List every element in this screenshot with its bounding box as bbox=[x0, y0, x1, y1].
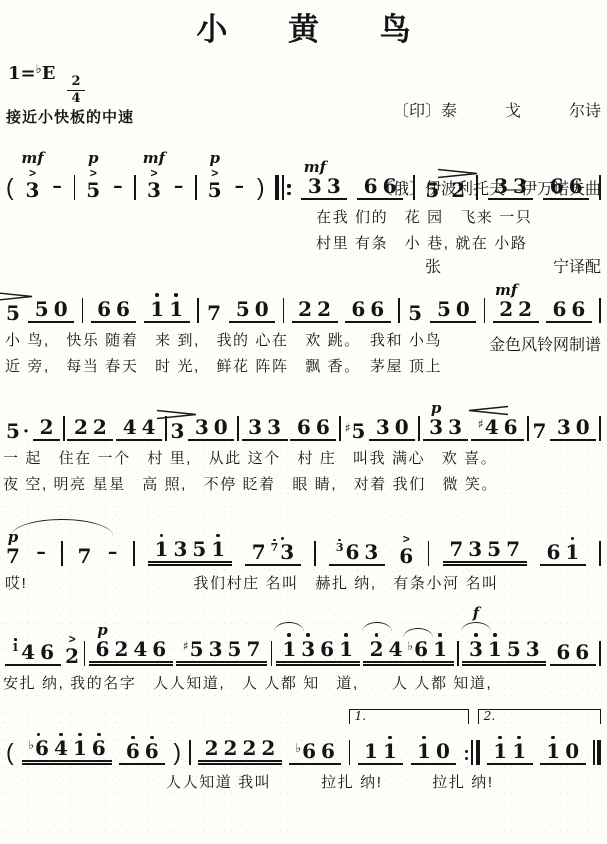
note-body: 2 bbox=[451, 180, 465, 200]
sharp-icon: ♯ bbox=[478, 417, 484, 431]
barline bbox=[74, 175, 76, 200]
music-system: (♭641666)2222♭6611101110人人知道 我叫 拉扎 纳! 拉扎… bbox=[3, 706, 604, 795]
volta-bracket-1: 1. bbox=[349, 709, 469, 724]
note: 5 bbox=[35, 299, 49, 319]
note: ♯5 bbox=[183, 639, 204, 659]
barline bbox=[133, 541, 135, 566]
lyrics-line: 近 旁, 每当 春天 时 光, 鲜花 阵阵 飘 香。 茅屋 顶上 bbox=[3, 356, 604, 378]
note: 3 bbox=[526, 639, 540, 659]
note: 6 bbox=[126, 736, 140, 762]
note: 1 bbox=[512, 736, 526, 762]
note-annotations bbox=[362, 622, 392, 632]
sixteenth-beam-group: 7357 bbox=[443, 539, 527, 566]
rest-digit: 0 bbox=[54, 299, 68, 319]
flat-icon: ♭ bbox=[408, 639, 414, 653]
note-annotations: p bbox=[8, 530, 19, 545]
note: ♭6 bbox=[28, 733, 49, 759]
note-body: 2 bbox=[317, 299, 331, 319]
note: 7 bbox=[449, 539, 463, 559]
note-body: ♭6 bbox=[28, 738, 49, 758]
eighth-beam-group: mf33 bbox=[301, 176, 347, 200]
note: 3 bbox=[494, 176, 508, 196]
eighth-beam-group: 11 bbox=[144, 293, 190, 323]
note-body: 3 bbox=[557, 417, 571, 437]
note: 6 bbox=[97, 299, 111, 319]
eighth-beam-group: 50 bbox=[229, 299, 275, 323]
header: 小 黄 鸟 〔印〕泰 戈 尔诗 〔俄〕伊波利托夫—伊万诺夫曲 张 宁译配 金色风… bbox=[0, 0, 607, 148]
notes-row: 5·222443303366♯530p33♯46730 bbox=[3, 389, 604, 444]
note-body: 3 bbox=[147, 180, 161, 200]
note: 1 bbox=[339, 633, 353, 659]
note-body: 6 bbox=[40, 642, 54, 662]
note-digit: 5 bbox=[228, 639, 242, 659]
note-digit: 1 bbox=[169, 299, 183, 319]
eighth-beam-group: ♭66 bbox=[289, 741, 342, 765]
eighth-beam-group: 50 bbox=[28, 299, 74, 323]
lyrics-line: 人人知道 我叫 拉扎 纳! 拉扎 纳! bbox=[3, 772, 604, 794]
note: 6 bbox=[504, 417, 518, 437]
note-digit: 7 bbox=[246, 639, 260, 659]
eighth-beam-group: 30 bbox=[188, 417, 234, 441]
note-digit: 6 bbox=[370, 299, 384, 319]
note: 5 bbox=[507, 639, 521, 659]
note-body: 1 bbox=[169, 299, 183, 319]
note-body: 6 bbox=[399, 546, 413, 566]
note-body: 5 bbox=[507, 639, 521, 659]
note: 7 bbox=[252, 542, 266, 562]
note: 6 bbox=[552, 299, 566, 319]
dynamic-mark: mf bbox=[143, 151, 165, 166]
note-digit: 5 bbox=[6, 303, 20, 323]
sixteenth-beam-group: ♭6416 bbox=[22, 733, 112, 766]
note-annotations bbox=[467, 405, 509, 416]
note: mf3 bbox=[308, 176, 322, 196]
note-body: 1 bbox=[282, 639, 296, 659]
note-body: 2 bbox=[74, 417, 88, 437]
note-digit: 2 bbox=[242, 738, 256, 758]
eighth-beam-group: 66 bbox=[550, 642, 596, 666]
note-body: 6 bbox=[321, 741, 335, 761]
note: 0 bbox=[576, 417, 590, 437]
note: p>5 bbox=[86, 180, 100, 200]
note-body: 2 bbox=[40, 417, 54, 437]
note: 3 bbox=[301, 633, 315, 659]
note: 5 bbox=[236, 299, 250, 319]
note-digit: 2 bbox=[298, 299, 312, 319]
note-body: 2 bbox=[518, 299, 532, 319]
note-body: 6 bbox=[297, 417, 311, 437]
note-digit: 5 bbox=[192, 539, 206, 559]
note: 6 bbox=[546, 542, 560, 562]
dynamic-mark: p bbox=[431, 401, 442, 416]
eighth-beam-group: p33 bbox=[423, 417, 469, 441]
note-digit: 6 bbox=[35, 738, 49, 758]
duration-dash: – bbox=[52, 177, 62, 196]
accent-mark: > bbox=[150, 167, 157, 179]
note-body: 0 bbox=[214, 417, 228, 437]
note-digit: 3 bbox=[308, 176, 322, 196]
flat-icon: ♭ bbox=[28, 738, 34, 752]
barline bbox=[428, 541, 430, 566]
note: 2 bbox=[451, 180, 465, 200]
rest-digit: 0 bbox=[576, 417, 590, 437]
note-body: ♯5 bbox=[183, 639, 204, 659]
note: 0 bbox=[456, 299, 470, 319]
note-annotations: > bbox=[403, 533, 410, 545]
repeat-dots bbox=[287, 184, 290, 195]
note-body: 1 bbox=[150, 299, 164, 319]
note: 2 bbox=[370, 633, 384, 659]
note-body: 5 bbox=[208, 180, 222, 200]
note: 6 bbox=[550, 176, 564, 196]
note-digit: 2 bbox=[93, 417, 107, 437]
song-title: 小 黄 鸟 bbox=[0, 4, 607, 49]
dynamic-mark: p bbox=[209, 151, 220, 166]
note: 14 bbox=[12, 642, 36, 662]
eighth-beam-group: 66 bbox=[91, 299, 137, 323]
note-digit: 3 bbox=[26, 180, 40, 200]
note-body: 7 bbox=[533, 421, 547, 441]
note: 0 bbox=[214, 417, 228, 437]
note: 4 bbox=[133, 639, 147, 659]
note-body: 3 bbox=[468, 539, 482, 559]
note-body: 5 bbox=[35, 299, 49, 319]
note-digit: 3 bbox=[429, 417, 443, 437]
barline bbox=[484, 298, 486, 323]
note: 1 bbox=[433, 633, 447, 659]
eighth-beam-group: 146 bbox=[5, 642, 61, 666]
note-body: 0 bbox=[395, 417, 409, 437]
dynamic-mark: p bbox=[97, 623, 108, 638]
eighth-beam-group: 66 bbox=[357, 176, 403, 200]
note-digit: 6 bbox=[40, 642, 54, 662]
close-parenthesis: ) bbox=[173, 741, 181, 764]
note: 3 bbox=[364, 542, 378, 562]
note-digit: 1 bbox=[512, 741, 526, 761]
open-parenthesis: ( bbox=[6, 176, 14, 199]
note-digit: 1 bbox=[433, 639, 447, 659]
note-body: 6 bbox=[552, 299, 566, 319]
note-digit: 6 bbox=[552, 299, 566, 319]
note-digit: 2 bbox=[65, 646, 79, 666]
note-digit: 2 bbox=[370, 639, 384, 659]
grace-digit: 3 bbox=[336, 542, 344, 553]
note-body: 5 bbox=[487, 539, 501, 559]
note: p3 bbox=[429, 417, 443, 437]
note-digit: 7 bbox=[6, 546, 20, 566]
note-digit: 3 bbox=[147, 180, 161, 200]
note-body: 5 bbox=[192, 539, 206, 559]
eighth-beam-group: 61 bbox=[540, 537, 586, 567]
eighth-beam-group: 2 bbox=[33, 417, 60, 441]
note-body: 1 bbox=[433, 639, 447, 659]
note: 2 bbox=[242, 738, 256, 758]
notes-row: 55066117502266550mf2266 bbox=[3, 266, 604, 326]
note-digit: 6 bbox=[96, 639, 110, 659]
note-digit: 4 bbox=[485, 417, 499, 437]
note-annotations bbox=[156, 409, 198, 420]
note: 0 bbox=[54, 299, 68, 319]
note: 36 bbox=[336, 542, 360, 562]
eighth-beam-group: 11 bbox=[358, 736, 404, 766]
note: 1 bbox=[282, 633, 296, 659]
note-digit: 5 bbox=[507, 639, 521, 659]
note: 3 bbox=[209, 639, 223, 659]
note-body: 7 bbox=[207, 303, 221, 323]
duration-dash: – bbox=[174, 177, 184, 196]
note-digit: 1 bbox=[150, 299, 164, 319]
lyrics-line: 小 鸟, 快乐 随着 来 到, 我的 心在 欢 跳。 我和 小鸟 bbox=[3, 330, 604, 352]
note: 7 bbox=[506, 539, 520, 559]
repeat-dot bbox=[465, 750, 468, 753]
note: 5· bbox=[6, 421, 29, 441]
sixteenth-beam-group: p6246 bbox=[89, 639, 173, 666]
note-body: 0 bbox=[576, 417, 590, 437]
note: 3 bbox=[468, 539, 482, 559]
note-digit: 2 bbox=[499, 299, 513, 319]
note-digit: 2 bbox=[74, 417, 88, 437]
note: 2 bbox=[261, 738, 275, 758]
note-body: 1 bbox=[383, 741, 397, 761]
note: 5 bbox=[228, 639, 242, 659]
note: 73 bbox=[271, 537, 295, 563]
note-digit: 1 bbox=[565, 542, 579, 562]
note: 2 bbox=[74, 417, 88, 437]
notes-row: p7–7–1351773363>6735761 bbox=[3, 507, 604, 570]
barline bbox=[527, 416, 529, 441]
eighth-beam-group: 66 bbox=[119, 736, 165, 766]
grace-note: 7 bbox=[271, 539, 279, 554]
note: 6 bbox=[575, 642, 589, 662]
eighth-beam-group: 66 bbox=[290, 417, 336, 441]
sharp-icon: ♯ bbox=[183, 639, 189, 653]
thick-barline bbox=[597, 740, 601, 765]
repeat-end bbox=[464, 740, 480, 765]
note-digit: 2 bbox=[224, 738, 238, 758]
note-digit: 5 bbox=[6, 421, 20, 441]
note-digit: 2 bbox=[317, 299, 331, 319]
note: 0 bbox=[395, 417, 409, 437]
note-digit: 3 bbox=[526, 639, 540, 659]
barline bbox=[349, 740, 351, 765]
note-digit: 5 bbox=[352, 421, 366, 441]
music-systems: (mf>3–p>5–mf>3–p>5–)mf3366523366在我 们的 花 … bbox=[0, 148, 607, 794]
final-barline bbox=[593, 740, 601, 765]
note: ♯5 bbox=[345, 421, 366, 441]
note: 1 bbox=[150, 293, 164, 319]
note-body: 1 bbox=[73, 738, 87, 758]
note-body: 6 bbox=[370, 299, 384, 319]
note-body: 6 bbox=[96, 639, 110, 659]
note-annotations bbox=[0, 291, 34, 302]
note: ♭6 bbox=[295, 741, 316, 761]
note-body: 3 bbox=[195, 417, 209, 437]
note-body: 2 bbox=[93, 417, 107, 437]
key-letter: E bbox=[42, 63, 56, 84]
note-body: 0 bbox=[54, 299, 68, 319]
note: >2 bbox=[65, 646, 79, 666]
note: 6 bbox=[351, 299, 365, 319]
sheet-music-page: 小 黄 鸟 〔印〕泰 戈 尔诗 〔俄〕伊波利托夫—伊万诺夫曲 张 宁译配 金色风… bbox=[0, 0, 607, 844]
note-digit: 7 bbox=[449, 539, 463, 559]
note-digit: 5 bbox=[35, 299, 49, 319]
note: 6 bbox=[145, 736, 159, 762]
note-digit: 3 bbox=[376, 417, 390, 437]
note: mf>3 bbox=[26, 180, 40, 200]
note-digit: 3 bbox=[173, 539, 187, 559]
slur-mark bbox=[403, 628, 433, 638]
duration-dash: – bbox=[113, 177, 123, 196]
note: 6 bbox=[316, 417, 330, 437]
lyrics-line: 一 起 住在 一个 村 里, 从此 这个 村 庄 叫我 满心 欢 喜。 bbox=[3, 448, 604, 470]
note-digit: 3 bbox=[195, 417, 209, 437]
note-digit: 4 bbox=[21, 642, 35, 662]
note: 2 bbox=[205, 738, 219, 758]
note-body: 6 bbox=[550, 176, 564, 196]
note-digit: 3 bbox=[171, 421, 185, 441]
barline bbox=[413, 175, 415, 200]
eighth-beam-group: 363 bbox=[329, 542, 385, 566]
augmentation-dot: · bbox=[23, 423, 29, 441]
note: f3 bbox=[469, 633, 483, 659]
volta-bracket-2: 2. bbox=[478, 709, 601, 724]
note-digit: 6 bbox=[414, 639, 428, 659]
barline bbox=[134, 175, 136, 200]
music-system: p7–7–1351773363>6735761哎! 我们村庄 名叫 赫扎 纳, … bbox=[3, 507, 604, 596]
key-prefix: 1= bbox=[8, 63, 36, 84]
note-annotations: p bbox=[97, 623, 108, 638]
note-body: 5 bbox=[6, 303, 20, 323]
repeat-dot bbox=[287, 192, 290, 195]
barline bbox=[189, 740, 191, 765]
barline bbox=[418, 416, 420, 441]
note-body: 6 bbox=[92, 738, 106, 758]
note: 6 bbox=[370, 299, 384, 319]
note-digit: 5 bbox=[408, 303, 422, 323]
eighth-beam-group: 10 bbox=[540, 736, 586, 766]
note-body: 4 bbox=[142, 417, 156, 437]
note-digit: 6 bbox=[364, 176, 378, 196]
note: 4 bbox=[54, 733, 68, 759]
note: 3 bbox=[448, 417, 462, 437]
note-body: 2 bbox=[499, 299, 513, 319]
note-body: 6 bbox=[351, 299, 365, 319]
note-body: 6 bbox=[575, 642, 589, 662]
note-digit: 5 bbox=[190, 639, 204, 659]
note-digit: 6 bbox=[575, 642, 589, 662]
note-body: 14 bbox=[12, 642, 36, 662]
note-digit: 4 bbox=[123, 417, 137, 437]
barline bbox=[471, 740, 473, 765]
note-body: 0 bbox=[565, 741, 579, 761]
note-digit: 4 bbox=[389, 639, 403, 659]
note-annotations: mf> bbox=[21, 151, 43, 179]
note-digit: 3 bbox=[301, 639, 315, 659]
note-body: ♭6 bbox=[295, 741, 316, 761]
music-system: 5·222443303366♯530p33♯46730一 起 住在 一个 村 里… bbox=[3, 389, 604, 496]
note: 1 bbox=[565, 537, 579, 563]
hairpin-dec bbox=[437, 168, 479, 179]
note: 1 bbox=[488, 633, 502, 659]
accent-mark: > bbox=[211, 167, 218, 179]
note-body: 0 bbox=[255, 299, 269, 319]
note-body: 6 bbox=[145, 741, 159, 761]
note-digit: 7 bbox=[252, 542, 266, 562]
rest-digit: 0 bbox=[214, 417, 228, 437]
note-body: 6 bbox=[556, 642, 570, 662]
note-digit: 6 bbox=[351, 299, 365, 319]
note: ♯4 bbox=[478, 417, 499, 437]
note-digit: 1 bbox=[488, 639, 502, 659]
dynamic-mark: f bbox=[473, 606, 479, 621]
eighth-beam-group: mf22 bbox=[493, 299, 539, 323]
accent-mark: > bbox=[69, 633, 76, 645]
note: 2 bbox=[518, 299, 532, 319]
note: 2 bbox=[40, 417, 54, 437]
barline bbox=[599, 416, 601, 441]
barline bbox=[282, 175, 284, 200]
note-annotations: f bbox=[461, 606, 491, 632]
note: mf2 bbox=[499, 299, 513, 319]
note: 2 bbox=[317, 299, 331, 319]
note-digit: 5 bbox=[437, 299, 451, 319]
barline bbox=[593, 740, 595, 765]
note-digit: 3 bbox=[267, 417, 281, 437]
note-annotations: > bbox=[69, 633, 76, 645]
note-digit: 6 bbox=[145, 741, 159, 761]
note: 6 bbox=[152, 639, 166, 659]
note: >6 bbox=[399, 546, 413, 566]
lyrics-line: 哎! 我们村庄 名叫 赫扎 纳, 有条小河 名叫 bbox=[3, 573, 604, 595]
note: 0 bbox=[255, 299, 269, 319]
note: 3 bbox=[267, 417, 281, 437]
grace-digit: 1 bbox=[12, 642, 20, 653]
dynamic-mark: p bbox=[88, 151, 99, 166]
note-digit: 2 bbox=[261, 738, 275, 758]
note: 2 bbox=[224, 738, 238, 758]
note-digit: 3 bbox=[469, 639, 483, 659]
grace-note: 1 bbox=[12, 638, 20, 653]
notes-row: (mf>3–p>5–mf>3–p>5–)mf3366523366 bbox=[3, 148, 604, 203]
note: 6 bbox=[556, 642, 570, 662]
note-digit: 1 bbox=[493, 741, 507, 761]
barline bbox=[271, 641, 273, 666]
notes-row: 146>2p6246♯5357136124♭61f315366 bbox=[3, 606, 604, 669]
eighth-beam-group: 30 bbox=[369, 417, 415, 441]
note-digit: 6 bbox=[569, 176, 583, 196]
note: 1 bbox=[383, 736, 397, 762]
note: 3 bbox=[557, 417, 571, 437]
sixteenth-beam-group: ♯5357 bbox=[176, 639, 267, 666]
note-body: 0 bbox=[456, 299, 470, 319]
note-body: 3 bbox=[429, 417, 443, 437]
note: 0 bbox=[565, 741, 579, 761]
note: 3 bbox=[195, 417, 209, 437]
note-body: 7 bbox=[252, 542, 266, 562]
grace-note: 3 bbox=[336, 539, 344, 554]
sharp-icon: ♯ bbox=[345, 421, 351, 435]
note-body: 1 bbox=[546, 741, 560, 761]
barline bbox=[84, 641, 86, 666]
note: 3 bbox=[513, 176, 527, 196]
barline bbox=[237, 416, 239, 441]
sixteenth-beam-group: 1351 bbox=[148, 534, 232, 567]
note: 3 bbox=[327, 176, 341, 196]
note-digit: 7 bbox=[207, 303, 221, 323]
note: 7 bbox=[533, 421, 547, 441]
note-digit: 1 bbox=[211, 539, 225, 559]
note-digit: 6 bbox=[302, 741, 316, 761]
